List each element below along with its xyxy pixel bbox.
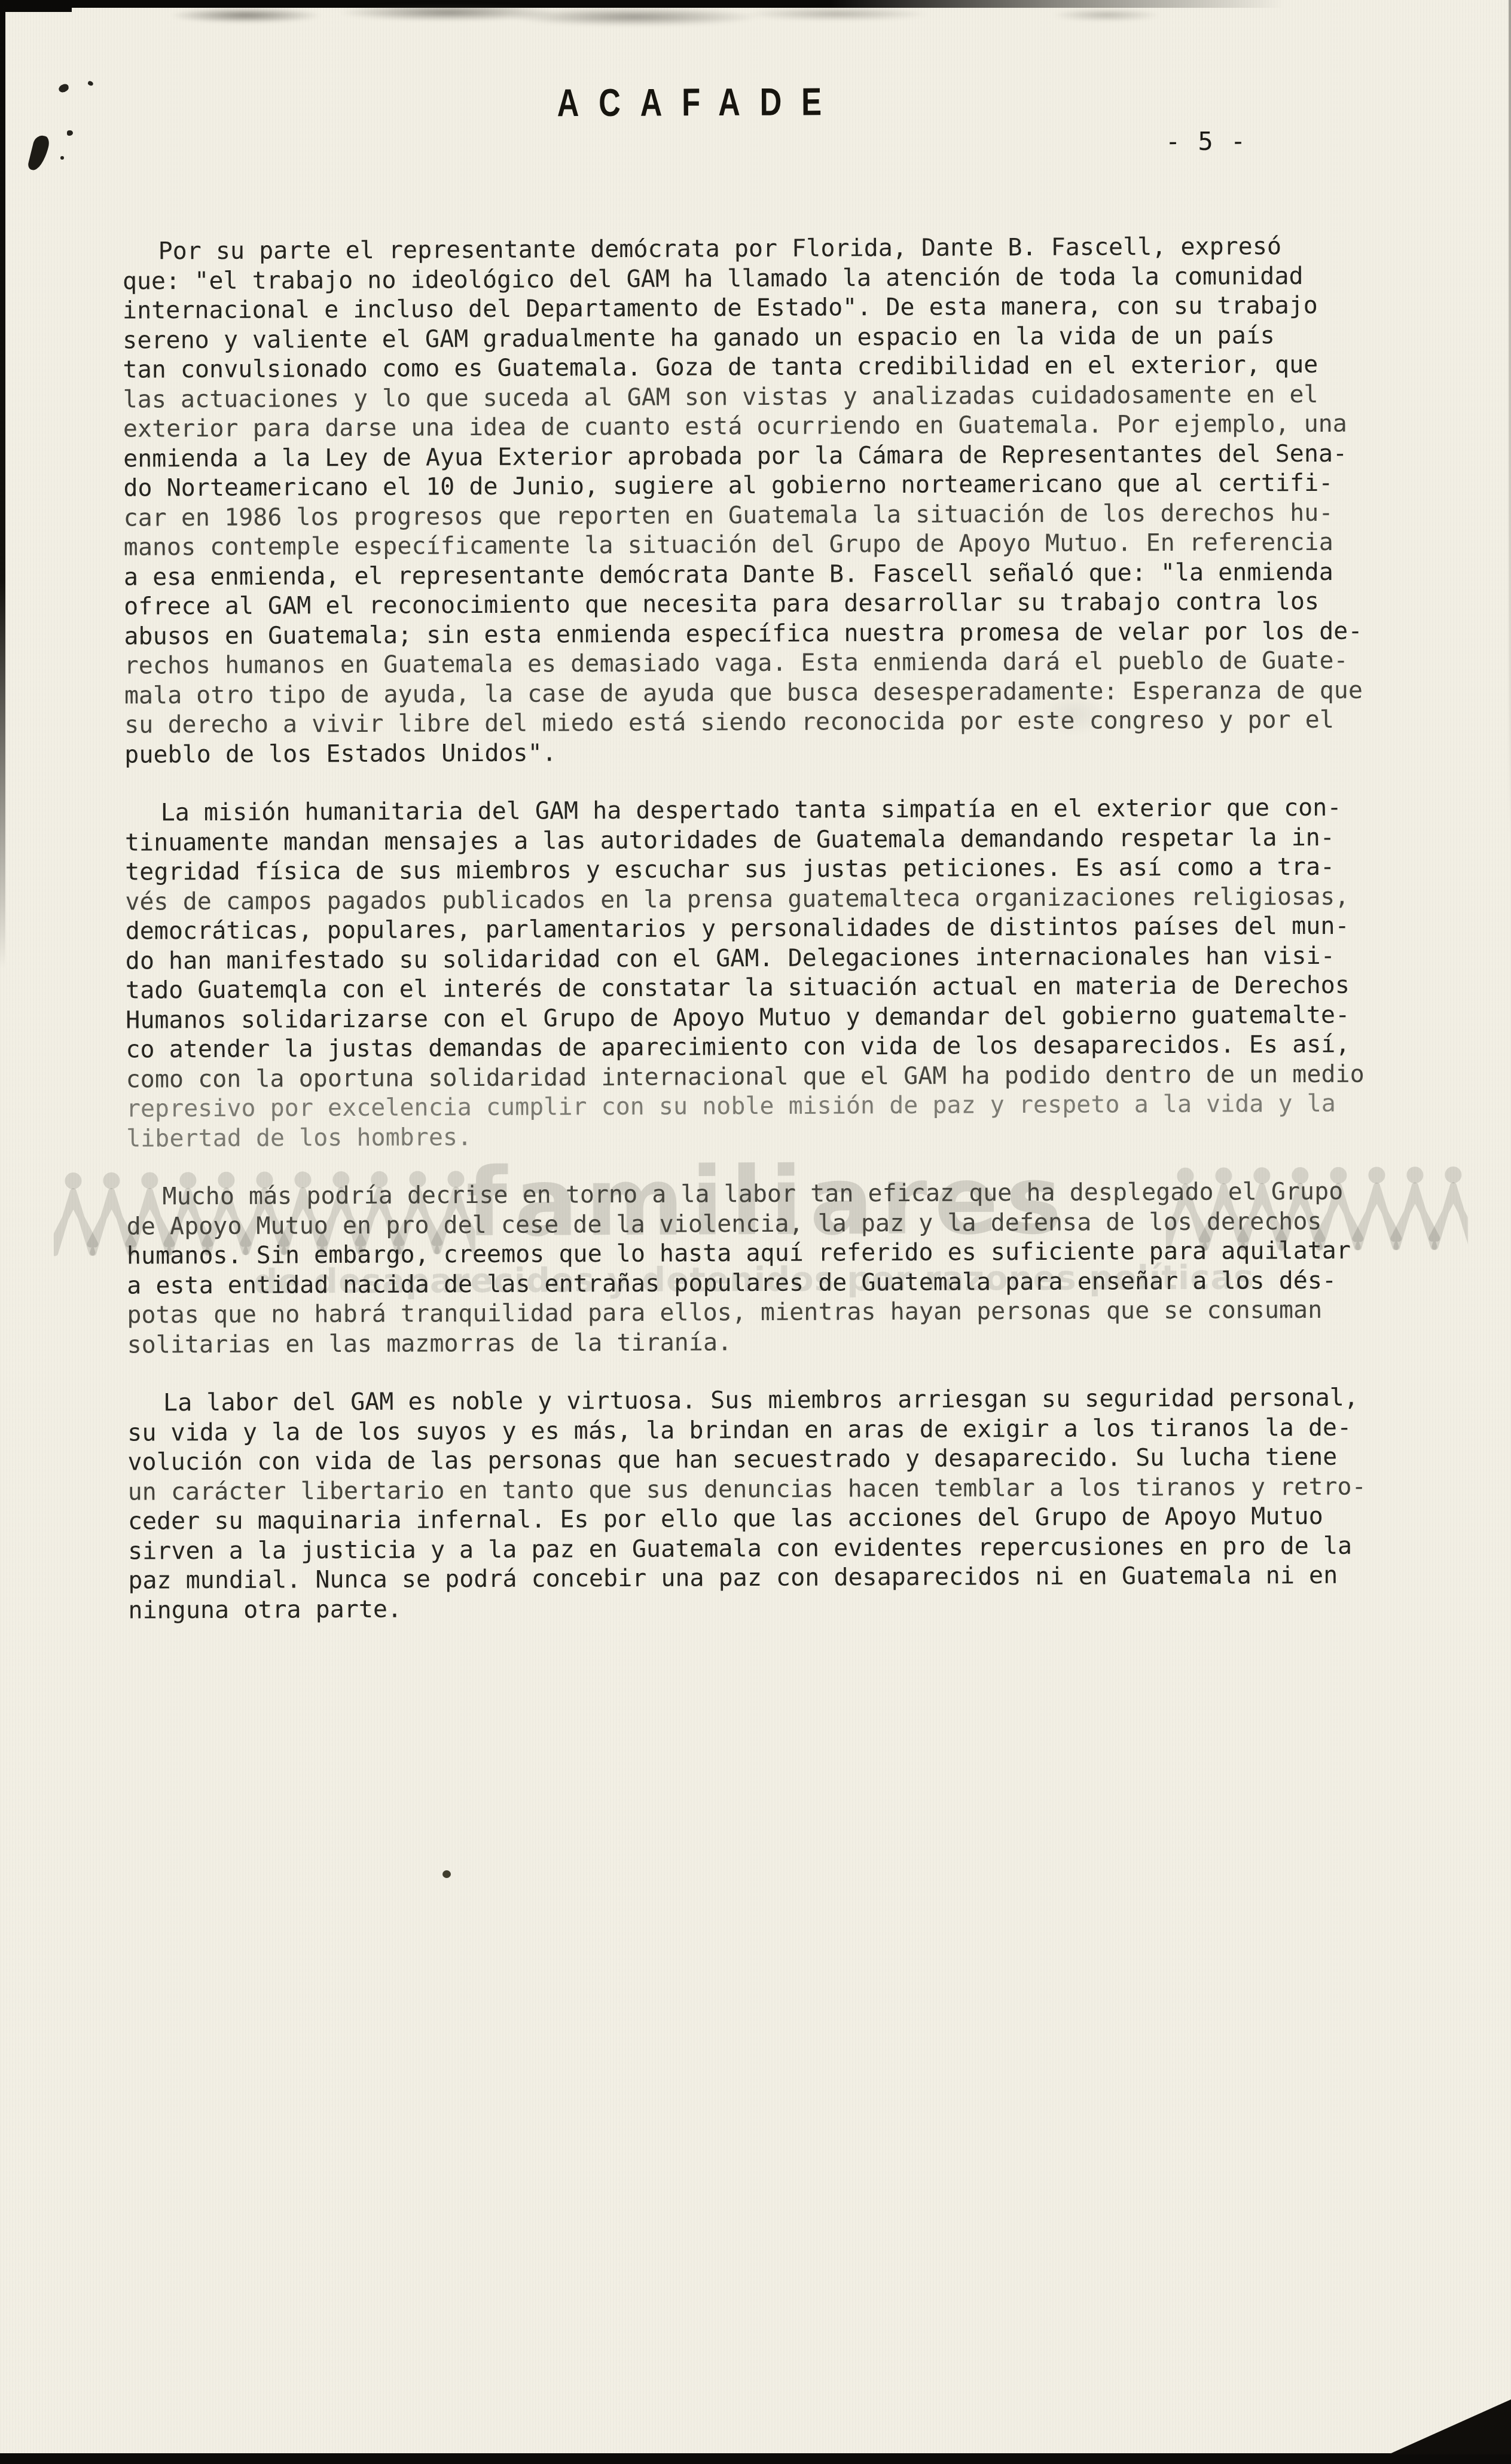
text-body: Por su parte el representante demócrata …: [123, 231, 1420, 1654]
text-line: pueblo de los Estados Unidos".: [124, 735, 1416, 770]
text-line: internacional e incluso del Departamento…: [123, 291, 1414, 326]
text-line: democráticas, populares, parlamentarios …: [125, 911, 1417, 946]
text-line: libertad de los hombres.: [126, 1119, 1418, 1154]
text-line: rechos humanos en Guatemala es demasiado…: [124, 646, 1416, 681]
scanned-document-page: familiares de desaparecidos y detenidos …: [0, 0, 1511, 2464]
text-line: La misión humanitaria del GAM ha despert…: [125, 793, 1417, 828]
text-line: manos contemple específicamente la situa…: [124, 527, 1415, 563]
text-line: tan convulsionado como es Guatemala. Goz…: [123, 350, 1414, 385]
page-title: ACAFADE: [557, 80, 841, 126]
text-line: Por su parte el representante demócrata …: [123, 231, 1414, 267]
text-line: La labor del GAM es noble y virtuosa. Su…: [127, 1383, 1419, 1418]
scan-blotch: [1040, 694, 1106, 735]
text-line: co atender la justas demandas de apareci…: [126, 1030, 1417, 1065]
paragraph: La misión humanitaria del GAM ha despert…: [125, 793, 1418, 1153]
typed-content: ACAFADE - 5 - Por su parte el representa…: [0, 0, 1511, 2464]
scan-smudge-top: [152, 2, 930, 31]
scan-edge-top-corner: [0, 0, 72, 12]
page-number: - 5 -: [1165, 126, 1247, 156]
scan-edge-left: [0, 0, 5, 969]
paragraph: Por su parte el representante demócrata …: [123, 231, 1417, 770]
scan-edge-right: [1509, 0, 1511, 837]
paragraph: La labor del GAM es noble y virtuosa. Su…: [127, 1383, 1420, 1625]
text-line: represivo por excelencia cumplir con su …: [126, 1089, 1418, 1124]
text-line: tado Guatemqla con el interés de constat…: [126, 970, 1417, 1006]
text-line: tegridad física de sus miembros y escuch…: [125, 852, 1417, 887]
paragraph: Mucho más podría decrise en torno a la l…: [126, 1177, 1418, 1360]
page-fold-shadow: [1388, 2399, 1511, 2454]
text-line: ofrece al GAM el reconocimiento que nece…: [124, 587, 1415, 622]
text-line: Mucho más podría decrise en torno a la l…: [126, 1177, 1418, 1212]
text-line: paz mundial. Nunca se podrá concebir una…: [128, 1561, 1420, 1596]
scan-smudge-top-right: [1028, 5, 1184, 25]
text-line: ceder su maquinaria infernal. Es por ell…: [128, 1501, 1420, 1537]
text-line: potas que no habrá tranquilidad para ell…: [127, 1295, 1418, 1330]
text-line: exterior para darse una idea de cuanto e…: [123, 409, 1415, 444]
ink-speck: [442, 1870, 451, 1878]
text-line: volución con vida de las personas que ha…: [127, 1442, 1419, 1477]
ink-speck: [60, 156, 64, 160]
text-line: ninguna otra parte.: [128, 1590, 1420, 1626]
text-line: humanos. Sin embargo, creemos que lo has…: [127, 1236, 1418, 1271]
text-line: solitarias en las mazmorras de la tiraní…: [127, 1325, 1419, 1360]
text-line: do Norteamericano el 10 de Junio, sugier…: [123, 468, 1415, 503]
scan-edge-bottom: [0, 2453, 1511, 2464]
text-line: su derecho a vivir libre del miedo está …: [124, 705, 1416, 740]
